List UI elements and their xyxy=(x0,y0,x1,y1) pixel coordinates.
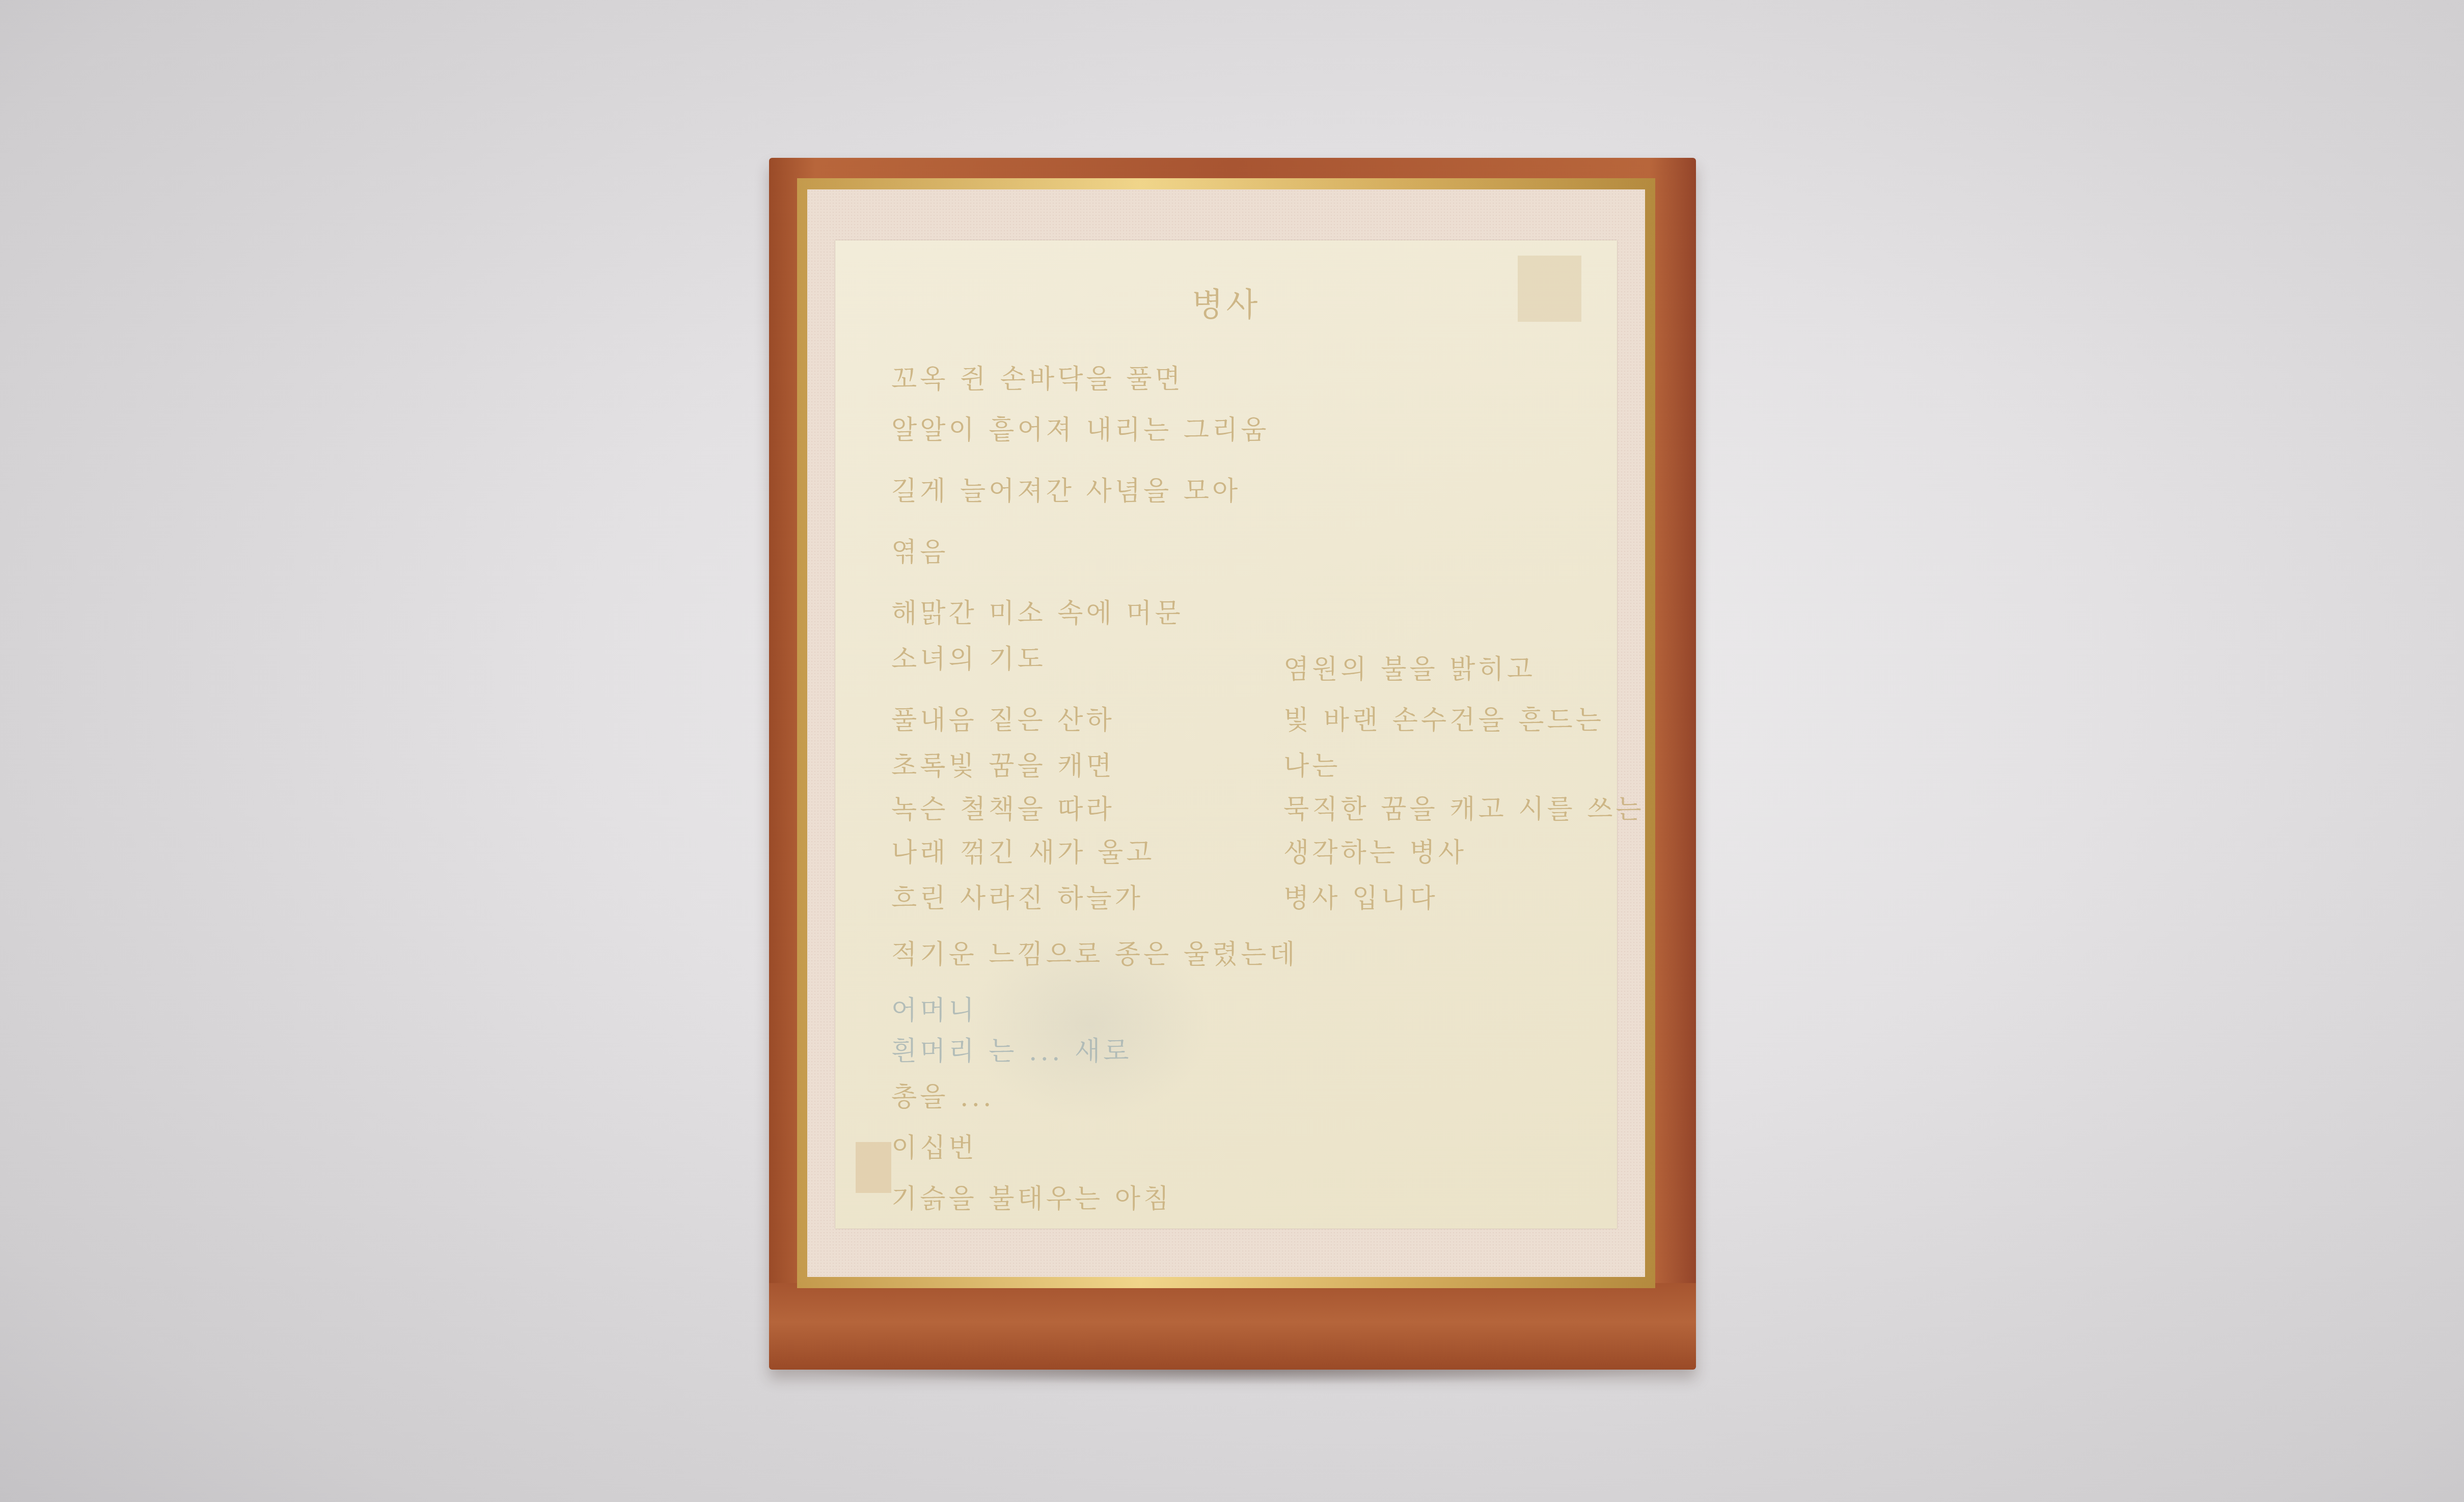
poem-line: 나래 꺾긴 새가 울고 xyxy=(891,831,1155,869)
poem-line: 흰머리 는 ... 새로 xyxy=(891,1030,1132,1068)
poem-line: 알알이 흩어져 내리는 그리움 xyxy=(891,408,1269,447)
poem-line: 염원의 불을 밝히고 xyxy=(1283,648,1536,686)
poem-line: 기슭을 불태우는 아침 xyxy=(891,1177,1172,1215)
poem-line: 어머니 xyxy=(891,989,977,1027)
poem-line: 빛 바랜 손수건을 흔드는 xyxy=(1283,699,1604,737)
signature-seal-mark xyxy=(856,1142,891,1193)
poem-line: 길게 늘어져간 사념을 모아 xyxy=(891,469,1241,508)
poem-line: 흐린 사라진 하늘가 xyxy=(891,877,1143,915)
picture-frame: 병사 꼬옥 쥔 손바닥을 풀면 알알이 흩어져 내리는 그리움 길게 늘어져간 … xyxy=(769,158,1696,1370)
poem-line: 적기운 느낌으로 종은 울렸는데 xyxy=(891,933,1298,971)
poem-line: 초록빛 꿈을 캐면 xyxy=(891,744,1115,783)
poem-line: 이십번 xyxy=(891,1126,977,1164)
poem-line: 녹슨 철책을 따라 xyxy=(891,788,1115,826)
poem-line: 생각하는 병사 xyxy=(1283,831,1467,869)
poem-line: 풀내음 짙은 산하 xyxy=(891,699,1115,737)
poem-line: 해맑간 미소 속에 머문 xyxy=(891,592,1184,630)
frame-bottom-rail xyxy=(769,1283,1696,1370)
poem-line: 병사 입니다 xyxy=(1283,877,1438,915)
poem-line: 나는 xyxy=(1283,744,1340,783)
mat-board: 병사 꼬옥 쥔 손바닥을 풀면 알알이 흩어져 내리는 그리움 길게 늘어져간 … xyxy=(807,189,1645,1277)
poem-line: 총을 ... xyxy=(891,1075,995,1114)
gold-liner: 병사 꼬옥 쥔 손바닥을 풀면 알알이 흩어져 내리는 그리움 길게 늘어져간 … xyxy=(797,178,1655,1288)
poem-line: 엮음 xyxy=(891,531,948,569)
poem-line: 소녀의 기도 xyxy=(891,637,1046,676)
poem-title: 병사 xyxy=(835,279,1617,325)
poem-line: 꼬옥 쥔 손바닥을 풀면 xyxy=(891,357,1184,396)
handwritten-paper: 병사 꼬옥 쥔 손바닥을 풀면 알알이 흩어져 내리는 그리움 길게 늘어져간 … xyxy=(835,240,1617,1229)
poem-line: 묵직한 꿈을 캐고 시를 쓰는 xyxy=(1283,788,1645,826)
